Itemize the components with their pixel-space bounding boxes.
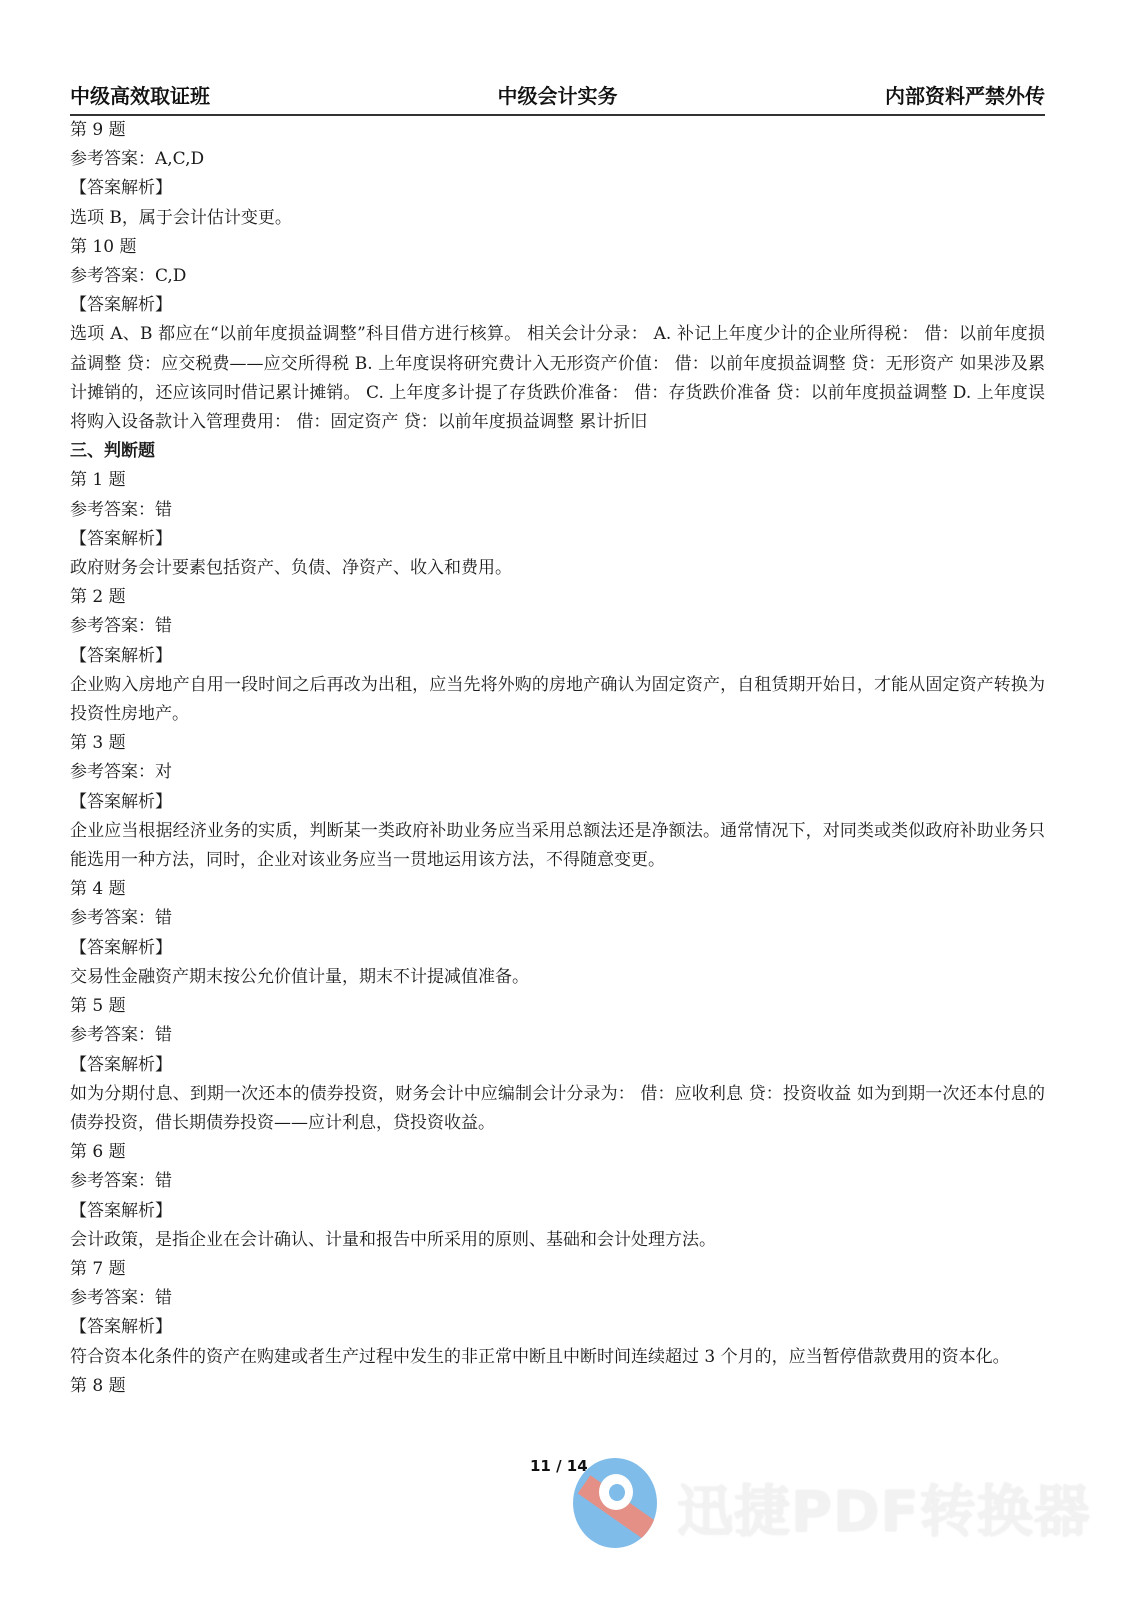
- text-line: 【答案解析】: [70, 1051, 1045, 1080]
- text-line: 参考答案：错: [70, 904, 1045, 933]
- text-line: 【答案解析】: [70, 525, 1045, 554]
- text-line: 第 8 题: [70, 1372, 1045, 1401]
- text-line: 第 6 题: [70, 1138, 1045, 1167]
- header-confidential-note: 内部资料严禁外传: [885, 80, 1045, 109]
- text-line: 参考答案：错: [70, 612, 1045, 641]
- text-line: 第 2 题: [70, 583, 1045, 612]
- text-line: 第 7 题: [70, 1255, 1045, 1284]
- watermark-text: 迅捷PDF转换器: [677, 1468, 1091, 1548]
- page-header: 中级高效取证班 中级会计实务 内部资料严禁外传: [70, 80, 1045, 116]
- text-line: 【答案解析】: [70, 788, 1045, 817]
- converter-logo-icon: [573, 1458, 657, 1548]
- explanation-paragraph: 企业应当根据经济业务的实质，判断某一类政府补助业务应当采用总额法还是净额法。通常…: [70, 817, 1045, 875]
- text-line: 会计政策，是指企业在会计确认、计量和报告中所采用的原则、基础和会计处理方法。: [70, 1226, 1045, 1255]
- text-line: 第 4 题: [70, 875, 1045, 904]
- text-line: 交易性金融资产期末按公允价值计量，期末不计提减值准备。: [70, 963, 1045, 992]
- text-line: 参考答案：错: [70, 1167, 1045, 1196]
- text-line: 第 9 题: [70, 116, 1045, 145]
- text-line: 参考答案：错: [70, 1284, 1045, 1313]
- text-line: 【答案解析】: [70, 1313, 1045, 1342]
- explanation-paragraph: 符合资本化条件的资产在购建或者生产过程中发生的非正常中断且中断时间连续超过 3 …: [70, 1343, 1045, 1372]
- explanation-paragraph: 企业购入房地产自用一段时间之后再改为出租，应当先将外购的房地产确认为固定资产，自…: [70, 671, 1045, 729]
- section-heading: 三、判断题: [70, 437, 1045, 466]
- explanation-paragraph: 如为分期付息、到期一次还本的债券投资，财务会计中应编制会计分录为： 借：应收利息…: [70, 1080, 1045, 1138]
- document-body: 第 9 题参考答案：A,C,D【答案解析】选项 B，属于会计估计变更。第 10 …: [70, 116, 1045, 1401]
- text-line: 参考答案：错: [70, 1021, 1045, 1050]
- text-line: 第 10 题: [70, 233, 1045, 262]
- text-line: 【答案解析】: [70, 642, 1045, 671]
- text-line: 参考答案：C,D: [70, 262, 1045, 291]
- text-line: 参考答案：对: [70, 758, 1045, 787]
- text-line: 参考答案：A,C,D: [70, 145, 1045, 174]
- explanation-paragraph: 选项 A、B 都应在“以前年度损益调整”科目借方进行核算。 相关会计分录： A.…: [70, 320, 1045, 437]
- text-line: 第 1 题: [70, 466, 1045, 495]
- text-line: 【答案解析】: [70, 174, 1045, 203]
- watermark: 迅捷PDF转换器: [573, 1458, 1093, 1568]
- text-line: 【答案解析】: [70, 1197, 1045, 1226]
- text-line: 政府财务会计要素包括资产、负债、净资产、收入和费用。: [70, 554, 1045, 583]
- text-line: 第 5 题: [70, 992, 1045, 1021]
- text-line: 第 3 题: [70, 729, 1045, 758]
- text-line: 参考答案：错: [70, 496, 1045, 525]
- text-line: 【答案解析】: [70, 934, 1045, 963]
- text-line: 【答案解析】: [70, 291, 1045, 320]
- text-line: 选项 B，属于会计估计变更。: [70, 204, 1045, 233]
